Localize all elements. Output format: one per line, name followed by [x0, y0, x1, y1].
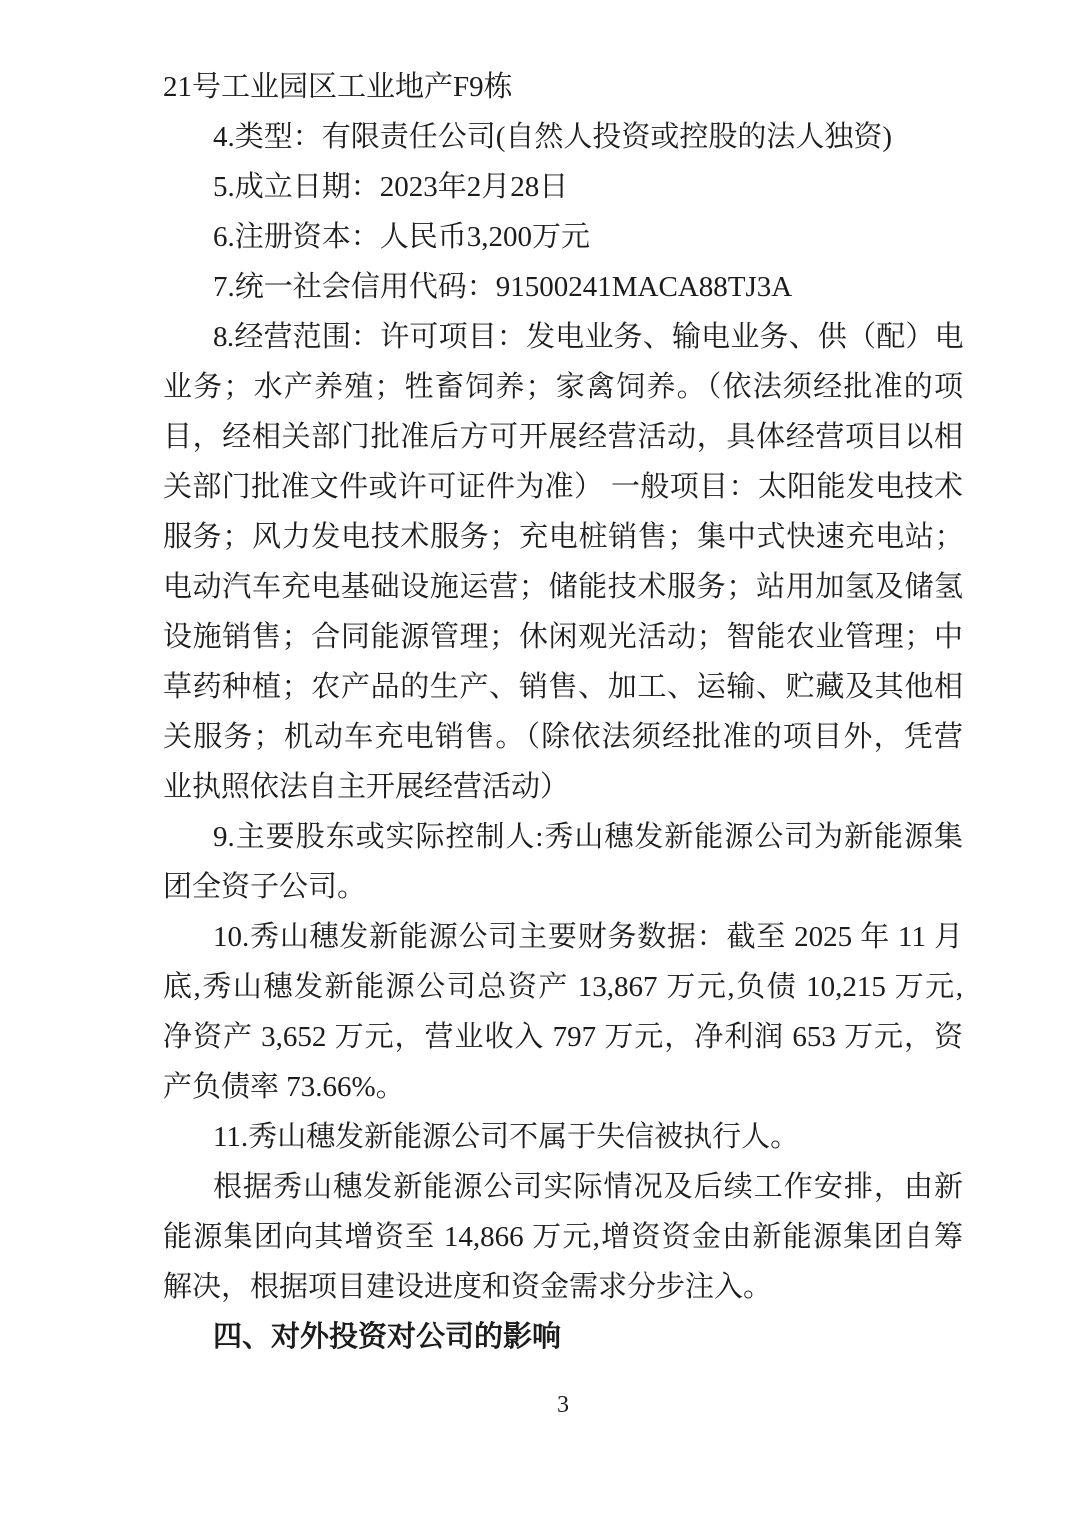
document-page: 21号工业园区工业地产F9栋4.类型：有限责任公司(自然人投资或控股的法人独资)… [0, 0, 1080, 1527]
text-line: 6.注册资本：人民币3,200万元 [163, 212, 963, 262]
text-line: 目，经相关部门批准后方可开展经营活动，具体经营项目以相 [163, 412, 963, 462]
text-line: 业务；水产养殖；牲畜饲养；家禽饲养。（依法须经批准的项 [163, 362, 963, 412]
page-footer: 3 [163, 1385, 963, 1425]
text-line: 11.秀山穗发新能源公司不属于失信被执行人。 [163, 1112, 963, 1162]
text-line: 电动汽车充电基础设施运营；储能技术服务；站用加氢及储氢 [163, 562, 963, 612]
text-line: 设施销售；合同能源管理；休闲观光活动；智能农业管理；中 [163, 612, 963, 662]
text-line: 团全资子公司。 [163, 862, 963, 912]
text-line: 净资产 3,652 万元，营业收入 797 万元，净利润 653 万元，资 [163, 1012, 963, 1062]
text-line: 四、对外投资对公司的影响 [163, 1312, 963, 1362]
text-line: 关部门批准文件或许可证件为准） 一般项目：太阳能发电技术 [163, 462, 963, 512]
text-line: 服务；风力发电技术服务；充电桩销售；集中式快速充电站； [163, 512, 963, 562]
text-line: 10.秀山穗发新能源公司主要财务数据：截至 2025 年 11 月 [163, 912, 963, 962]
text-line: 9.主要股东或实际控制人:秀山穗发新能源公司为新能源集 [163, 812, 963, 862]
text-line: 底,秀山穗发新能源公司总资产 13,867 万元,负债 10,215 万元, [163, 962, 963, 1012]
text-line: 关服务；机动车充电销售。（除依法须经批准的项目外，凭营 [163, 712, 963, 762]
text-line: 21号工业园区工业地产F9栋 [163, 62, 963, 112]
text-line: 8.经营范围：许可项目：发电业务、输电业务、供（配）电 [163, 312, 963, 362]
text-line: 解决，根据项目建设进度和资金需求分步注入。 [163, 1262, 963, 1312]
text-line: 7.统一社会信用代码：91500241MACA88TJ3A [163, 262, 963, 312]
document-body: 21号工业园区工业地产F9栋4.类型：有限责任公司(自然人投资或控股的法人独资)… [163, 62, 963, 1362]
text-line: 能源集团向其增资至 14,866 万元,增资资金由新能源集团自筹 [163, 1212, 963, 1262]
text-line: 草药种植；农产品的生产、销售、加工、运输、贮藏及其他相 [163, 662, 963, 712]
text-line: 5.成立日期：2023年2月28日 [163, 162, 963, 212]
text-line: 产负债率 73.66%。 [163, 1062, 963, 1112]
text-line: 4.类型：有限责任公司(自然人投资或控股的法人独资) [163, 112, 963, 162]
text-line: 根据秀山穗发新能源公司实际情况及后续工作安排，由新 [163, 1162, 963, 1212]
page-number: 3 [557, 1392, 569, 1418]
text-line: 业执照依法自主开展经营活动） [163, 762, 963, 812]
